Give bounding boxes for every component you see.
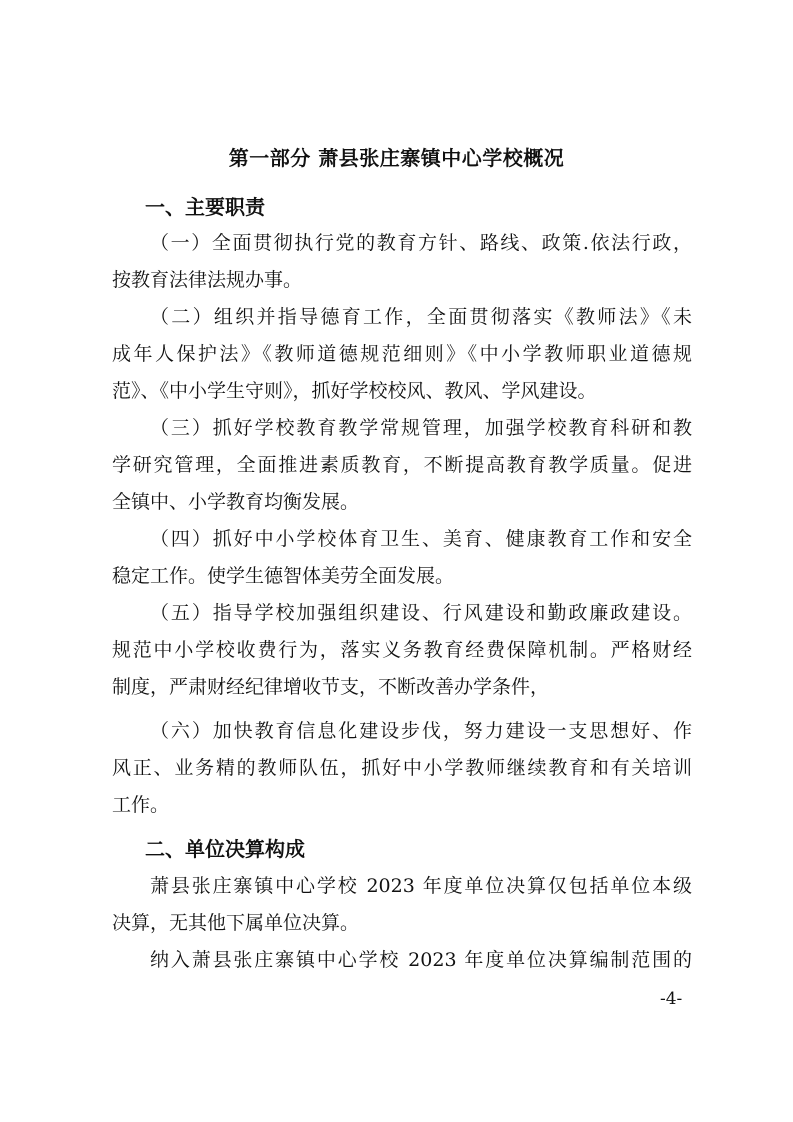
page-title: 第一部分 萧县张庄寨镇中心学校概况 — [0, 143, 793, 173]
paragraph-line: 决算，无其他下属单位决算。 — [112, 908, 692, 938]
paragraph-line: 风正、业务精的教师队伍，抓好中小学教师继续教育和有关培训 — [112, 753, 692, 783]
paragraph-line: 成年人保护法》《教师道德规范细则》《中小学教师职业道德规 — [112, 339, 692, 369]
paragraph-line: （四）抓好中小学校体育卫生、美育、健康教育工作和安全 — [150, 524, 692, 554]
paragraph-line: 范》、《中小学生守则》，抓好学校校风、教风、学风建设。 — [112, 376, 692, 406]
paragraph-line: 学研究管理，全面推进素质教育，不断提高教育教学质量。促进 — [112, 450, 692, 480]
document-page: 第一部分 萧县张庄寨镇中心学校概况 一、主要职责 （一）全面贯彻执行党的教育方针… — [0, 0, 793, 1122]
paragraph-line: 按教育法律法规办事。 — [112, 265, 692, 295]
paragraph-line: 制度，严肃财经纪律增收节支，不断改善办学条件， — [112, 672, 692, 702]
paragraph-line: 稳定工作。使学生德智体美劳全面发展。 — [112, 561, 692, 591]
paragraph-line: （六）加快教育信息化建设步伐，努力建设一支思想好、作 — [150, 716, 692, 746]
section-heading-composition: 二、单位决算构成 — [145, 834, 305, 864]
page-number: -4- — [660, 987, 682, 1011]
paragraph-line: （二）组织并指导德育工作，全面贯彻落实《教师法》《未 — [150, 302, 692, 332]
section-heading-duties: 一、主要职责 — [145, 192, 265, 222]
paragraph-line: 萧县张庄寨镇中心学校 2023 年度单位决算仅包括单位本级 — [150, 871, 692, 901]
paragraph-line: 纳入萧县张庄寨镇中心学校 2023 年度单位决算编制范围的 — [150, 945, 692, 975]
paragraph-line: （五）指导学校加强组织建设、行风建设和勤政廉政建设。 — [150, 598, 692, 628]
paragraph-line: 全镇中、小学教育均衡发展。 — [112, 487, 692, 517]
paragraph-line: （三）抓好学校教育教学常规管理，加强学校教育科研和教 — [150, 413, 692, 443]
paragraph-line: 工作。 — [112, 790, 692, 820]
paragraph-line: （一）全面贯彻执行党的教育方针、路线、政策.依法行政， — [150, 228, 692, 258]
paragraph-line: 规范中小学校收费行为，落实义务教育经费保障机制。严格财经 — [112, 635, 692, 665]
